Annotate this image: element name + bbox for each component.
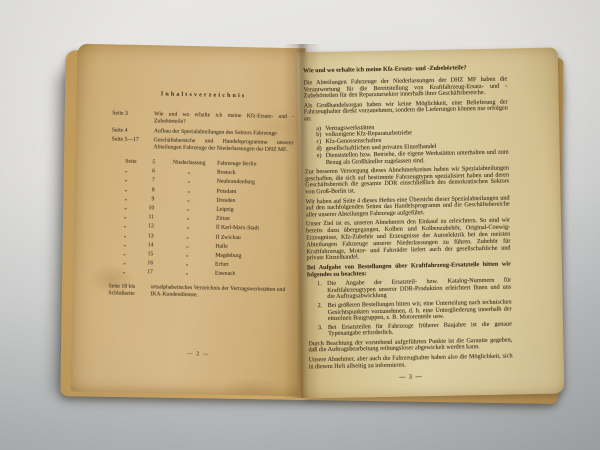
numbered-marker: 2.: [318, 303, 328, 324]
page-body-text: Wie und wo erhalte ich meine Kfz-Ersatz-…: [303, 65, 513, 384]
toc-entry-page: Seite 3: [112, 110, 150, 125]
left-page-number: — 2 —: [107, 349, 289, 360]
numbered-item: 3. Bei Ersatzteilen für Fahrzeuge früher…: [318, 321, 512, 338]
paragraph: Zur besseren Versorgung dieses Abnehmerk…: [305, 165, 509, 196]
toc-entry: Seite 3 Wie und wo erhalte ich meine Kfz…: [112, 110, 294, 128]
toc-closing-pages: Seite 18 bis Schlußseite: [108, 283, 146, 298]
branch-pageno: 15: [147, 250, 153, 259]
branch-name: Eisenach: [215, 270, 291, 281]
branch-seite: „: [123, 240, 126, 249]
branch-ditto: „: [159, 269, 215, 279]
branch-seite: „: [125, 185, 128, 194]
paragraph: Wir haben auf Seite 4 dieses Heftes eine…: [306, 195, 510, 219]
branch-pageno: 12: [148, 223, 154, 232]
branch-seite: „: [124, 194, 127, 203]
paragraph: Als Großhandelsorgan haben wir keine Mög…: [304, 99, 508, 123]
branch-seite: „: [124, 213, 127, 222]
branch-pageno: 10: [148, 204, 154, 213]
table-of-contents: Inhaltsverzeichnis Seite 3 Wie und wo er…: [107, 90, 295, 359]
paragraph: Durch Beachtung der vorstehend aufgeführ…: [308, 337, 512, 355]
toc-title: Inhaltsverzeichnis: [113, 90, 295, 101]
photo-of-open-booklet: Inhaltsverzeichnis Seite 3 Wie und wo er…: [0, 0, 600, 450]
toc-entry-text: Aufbau der Spezialabteilungen des Sektor…: [154, 128, 294, 138]
paper-stain: [220, 377, 280, 397]
paragraph: Unsere Abnehmer, aber auch die Fahrzeugh…: [309, 353, 513, 371]
list-item: e) Dienststellen bzw. Betriebe, die eige…: [317, 149, 509, 166]
branch-pageno: 7: [152, 177, 155, 186]
toc-entry-page: Seite 4: [112, 127, 150, 135]
branch-seite: „: [124, 222, 127, 231]
list-marker: e): [317, 153, 326, 167]
branch-pageno: 9: [151, 195, 154, 204]
numbered-item: 2. Bei größeren Bestellungen bitten wir,…: [318, 299, 512, 323]
branch-pageno: 5: [152, 158, 155, 167]
branch-pageno: 16: [147, 259, 153, 268]
branch-seite: „: [124, 204, 127, 213]
branch-pageno: 14: [148, 241, 154, 250]
toc-entry-text: Geschäftsbereiche und Handelsprogramme u…: [153, 137, 293, 154]
numbered-text: Bei Ersatzteilen für Fahrzeuge früherer …: [328, 321, 512, 338]
numbered-marker: 3.: [318, 325, 328, 339]
branch-seite: „: [123, 268, 126, 277]
branch-pageno: 17: [147, 269, 153, 278]
toc-entry: Seite 5—17 Geschäftsbereiche und Handels…: [111, 136, 293, 154]
branch-pageno: 11: [148, 213, 154, 222]
right-page: Wie und wo erhalte ich meine Kfz-Ersatz-…: [297, 48, 565, 399]
customer-type-list: a) Vertragswerkstätten b) volkseigene Kf…: [316, 122, 509, 166]
toc-closing-page-line1: Seite 18 bis: [109, 283, 136, 290]
toc-entry-text: Wie und wo erhalte ich meine Kfz-Ersatz-…: [154, 111, 294, 128]
left-page: Inhaltsverzeichnis Seite 3 Wie und wo er…: [70, 44, 305, 397]
numbered-item: 1. Die Angabe der Ersatzteil- bzw. Katal…: [317, 277, 511, 301]
toc-closing-page-line2: Schlußseite: [108, 290, 134, 297]
branch-seite: „: [125, 167, 128, 176]
numbered-marker: 1.: [317, 281, 327, 302]
numbered-text: Die Angabe der Ersatzteil- bzw. Katalog-…: [327, 277, 511, 301]
right-page-number: — 3 —: [309, 373, 513, 384]
toc-entry-page: Seite 5—17: [111, 136, 149, 151]
paragraph: Unser Ziel ist es, unseren Abnehmern den…: [306, 218, 511, 263]
numbered-text: Bei größeren Bestellungen bitten wir, ei…: [328, 299, 512, 323]
branch-seite: „: [123, 259, 126, 268]
branch-pageno: 6: [152, 167, 155, 176]
branch-pageno: 8: [152, 186, 155, 195]
branch-seite: Seite: [125, 158, 137, 167]
toc-closing-entry: Seite 18 bis Schlußseite ortsalphabetisc…: [108, 283, 290, 301]
branch-pageno: 13: [148, 232, 154, 241]
ordering-instructions-list: 1. Die Angabe der Ersatzteil- bzw. Katal…: [317, 277, 512, 338]
branch-seite: „: [125, 176, 128, 185]
section-heading: Wie und wo erhalte ich meine Kfz-Ersatz-…: [303, 65, 507, 76]
branch-list: Seite5 Niederlassung Fahrzeuge Berlin „6…: [123, 158, 293, 281]
toc-closing-text: ortsalphabetisches Verzeichnis der Vertr…: [150, 284, 290, 301]
list-text: Dienststellen bzw. Betriebe, die eigene …: [326, 149, 509, 166]
branch-seite: „: [124, 231, 127, 240]
branch-seite: „: [123, 250, 126, 259]
paragraph: Die Abteilungen Fahrzeuge der Niederlass…: [303, 76, 507, 100]
